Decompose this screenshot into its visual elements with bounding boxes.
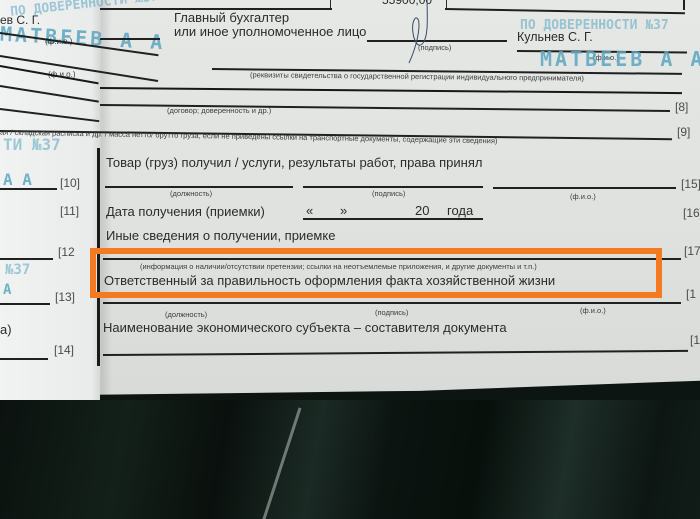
contract-caption: (договор; доверенность и др.) bbox=[167, 106, 271, 115]
stamp-proxy-fragment: ТИ №37 bbox=[3, 135, 61, 154]
accountant-signature-line bbox=[367, 40, 507, 42]
left-partial-text: а) bbox=[0, 322, 12, 337]
entity-name-label: Наименование экономического субъекта – с… bbox=[103, 320, 507, 335]
table-line bbox=[683, 0, 685, 10]
chief-accountant-label: Главный бухгалтер bbox=[174, 10, 289, 25]
responsible-line[interactable] bbox=[103, 302, 681, 304]
ref-14: [14] bbox=[54, 343, 74, 357]
date-year-prefix: 20 bbox=[415, 203, 429, 218]
stamp-name-fragment: А А bbox=[3, 170, 32, 189]
chief-accountant-label-2: или иное уполномоченное лицо bbox=[174, 24, 366, 39]
ref-16: [16] bbox=[683, 206, 700, 220]
fio-caption-2: (ф.и.о.) bbox=[580, 306, 606, 315]
date-quote-close[interactable]: » bbox=[340, 203, 347, 218]
position-line bbox=[105, 186, 293, 188]
handwritten-signature bbox=[405, 0, 435, 65]
date-quote-open[interactable]: « bbox=[306, 203, 313, 218]
signature-caption-2: (подпись) bbox=[375, 308, 408, 317]
stamp-proxy-right: ПО ДОВЕРЕННОСТИ №37 bbox=[520, 18, 669, 33]
ref-15: [15] bbox=[681, 177, 700, 191]
ref-13: [13] bbox=[55, 290, 75, 304]
fio-caption-received: (ф.и.о.) bbox=[570, 192, 596, 201]
ref-11: [11] bbox=[60, 204, 79, 218]
highlight-box bbox=[90, 248, 662, 298]
date-line[interactable] bbox=[303, 218, 483, 220]
stamp-name-right: МАТВЕЕВ А А bbox=[540, 47, 700, 71]
ref-19: [1 bbox=[690, 333, 700, 347]
ref-18: [1 bbox=[686, 287, 696, 301]
received-heading: Товар (груз) получил / услуги, результат… bbox=[106, 155, 482, 170]
fio-line bbox=[100, 38, 160, 40]
position-caption: (должность) bbox=[170, 189, 212, 198]
dark-fabric-background bbox=[0, 400, 700, 519]
position-caption-2: (должность) bbox=[165, 310, 207, 319]
receipt-date-label: Дата получения (приемки) bbox=[106, 204, 265, 219]
stamp-proxy-fragment-2: №37 bbox=[5, 262, 30, 278]
signature-caption-received: (подпись) bbox=[372, 189, 405, 198]
date-year-suffix: года bbox=[447, 203, 473, 218]
ref-12: [12 bbox=[58, 245, 75, 259]
left-line-10 bbox=[0, 188, 57, 190]
stamp-name-fragment-2: А bbox=[3, 282, 11, 298]
left-line-12 bbox=[0, 258, 53, 260]
other-info-label: Иные сведения о получении, приемке bbox=[106, 228, 335, 243]
ref-8: [8] bbox=[675, 100, 688, 114]
fio-line-received bbox=[493, 187, 676, 189]
ref-10: [10] bbox=[60, 176, 80, 190]
ref-17: [17 bbox=[684, 244, 700, 258]
signature-line-received bbox=[303, 186, 483, 188]
left-line-14 bbox=[0, 358, 48, 360]
fold-shadow bbox=[92, 0, 112, 400]
left-line-13 bbox=[0, 303, 50, 305]
ref-9: [9] bbox=[677, 125, 690, 139]
folded-page-edge bbox=[0, 0, 100, 400]
